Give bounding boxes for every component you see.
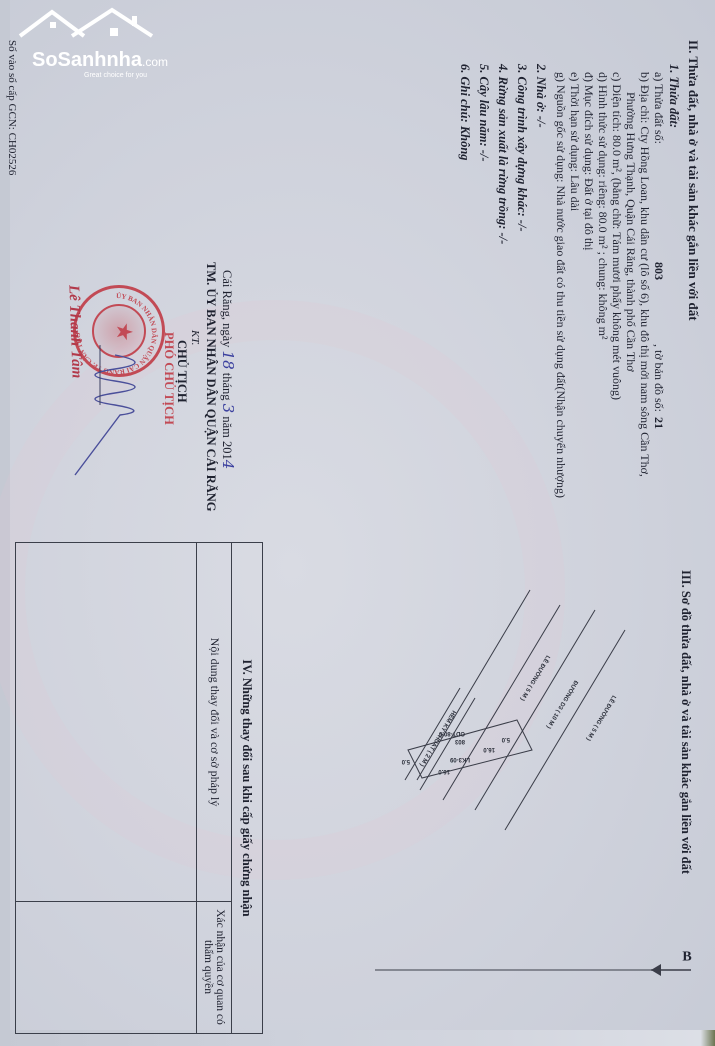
changes-table-header: Nội dung thay đổi và cơ sở pháp lý Xác n… [196,543,232,1033]
date-year-suffix: 4 [219,460,237,470]
changes-table-title: IV. Những thay đổi sau khi cấp giấy chứn… [231,543,262,1033]
land-heading: 1. Thửa đất: [666,64,681,128]
notes-line: 6. Ghi chú: Không [457,64,472,161]
table-column-divider [16,901,197,902]
sosanhnha-logo: SoSanhnha.com Great choice for you [12,6,172,86]
parcel-number-label: a) Thửa đất số: [652,72,666,144]
area-line: c) Diện tích: 80.0 m², (bằng chữ: Tám mư… [609,72,624,400]
date-prefix: Cái Răng, ngày [220,270,234,347]
signer-title: CHỦ TỊCH [174,340,189,403]
date-month: 3 [219,404,237,414]
plot-back-width: 5.0 [401,758,410,764]
road-label-sidewalk-1: LỀ ĐƯỜNG ( 5 M ) [585,694,619,742]
plot-length-top: 16.0 [483,746,495,752]
other-construction-line: 3. Công trình xây dựng khác: -/- [514,64,529,232]
road-label-main-road: ĐƯỜNG D3 ( 10 M ) [545,679,580,730]
perennial-trees-line: 5. Cây lâu năm: -/- [476,64,491,162]
land-plot-diagram: LỀ ĐƯỜNG ( 5 M ) ĐƯỜNG D3 ( 10 M ) LỀ ĐƯ… [345,580,675,1020]
north-label: B [682,950,691,966]
plot-lot-code: LK3-09 [449,756,470,762]
section-ii-title: II. Thửa đất, nhà ở và tài sản khác gắn … [685,40,701,321]
signer-name: Lê Thanh Tâm [64,285,84,379]
plot-parcel-number: 803 [454,738,465,744]
kt-label: KT. [189,330,201,345]
road-label-sidewalk-2: LỀ ĐƯỜNG ( 5 M ) [519,654,553,702]
header-change-content: Nội dung thay đổi và cơ sở pháp lý [197,543,232,902]
usage-term-line: e) Thời hạn sử dụng: Lâu dài [567,72,582,211]
usage-origin-line: g) Nguồn gốc sử dụng: Nhà nước giao đất … [553,72,568,498]
certificate-page: II. Thửa đất, nhà ở và tài sản khác gắn … [0,0,715,1046]
year-prefix: năm 201 [220,416,234,459]
address-line-1: b) Địa chỉ: Cty Hồng Loan, khu dân cư (l… [637,72,652,477]
gcn-value: CH02526 [6,133,18,176]
address-line-2: Phường Hưng Thạnh, Quận Cái Răng, thành … [623,92,638,372]
house-line: 2. Nhà ở: -/- [533,64,548,128]
header-authority-confirmation: Xác nhận của cơ quan có thẩm quyền [197,901,232,1033]
production-forest-line: 4. Rừng sản xuất là rừng trồng: -/- [495,64,510,244]
issuing-authority: TM. ỦY BAN NHÂN DÂN QUẬN CÁI RĂNG [203,262,218,512]
plot-length-bottom: 16.0 [438,768,450,774]
signing-date: Cái Răng, ngày 18 tháng 3 năm 2014 [219,270,237,469]
photo-frame: II. Thửa đất, nhà ở và tài sản khác gắn … [0,0,715,1046]
month-prefix: tháng [220,373,234,401]
usage-form-line: d) Hình thức sử dụng: riêng: 80.0 m² ; c… [595,72,610,340]
plot-front-width: 5.0 [501,736,510,742]
usage-purpose-line: đ) Mục đích sử dụng: Đất ở tại đô thị [581,72,596,251]
logo-tagline: Great choice for you [84,72,147,79]
section-iii-title: III. Sơ đồ thửa đất, nhà ở và tài sản kh… [678,570,693,874]
map-sheet-label: , tờ bản đồ số: [651,344,666,412]
plot-land-type-area: ODT-80.0 [438,730,465,736]
map-sheet-value: 21 [651,417,666,429]
date-day: 18 [219,351,237,370]
changes-table: IV. Những thay đổi sau khi cấp giấy chứn… [15,542,263,1034]
parcel-number-value: 803 [651,262,666,280]
logo-brand-text: SoSanhnha.com [32,49,168,72]
parcel-number-row: a) Thửa đất số: 803 , tờ bản đồ số: 21 [651,72,666,144]
